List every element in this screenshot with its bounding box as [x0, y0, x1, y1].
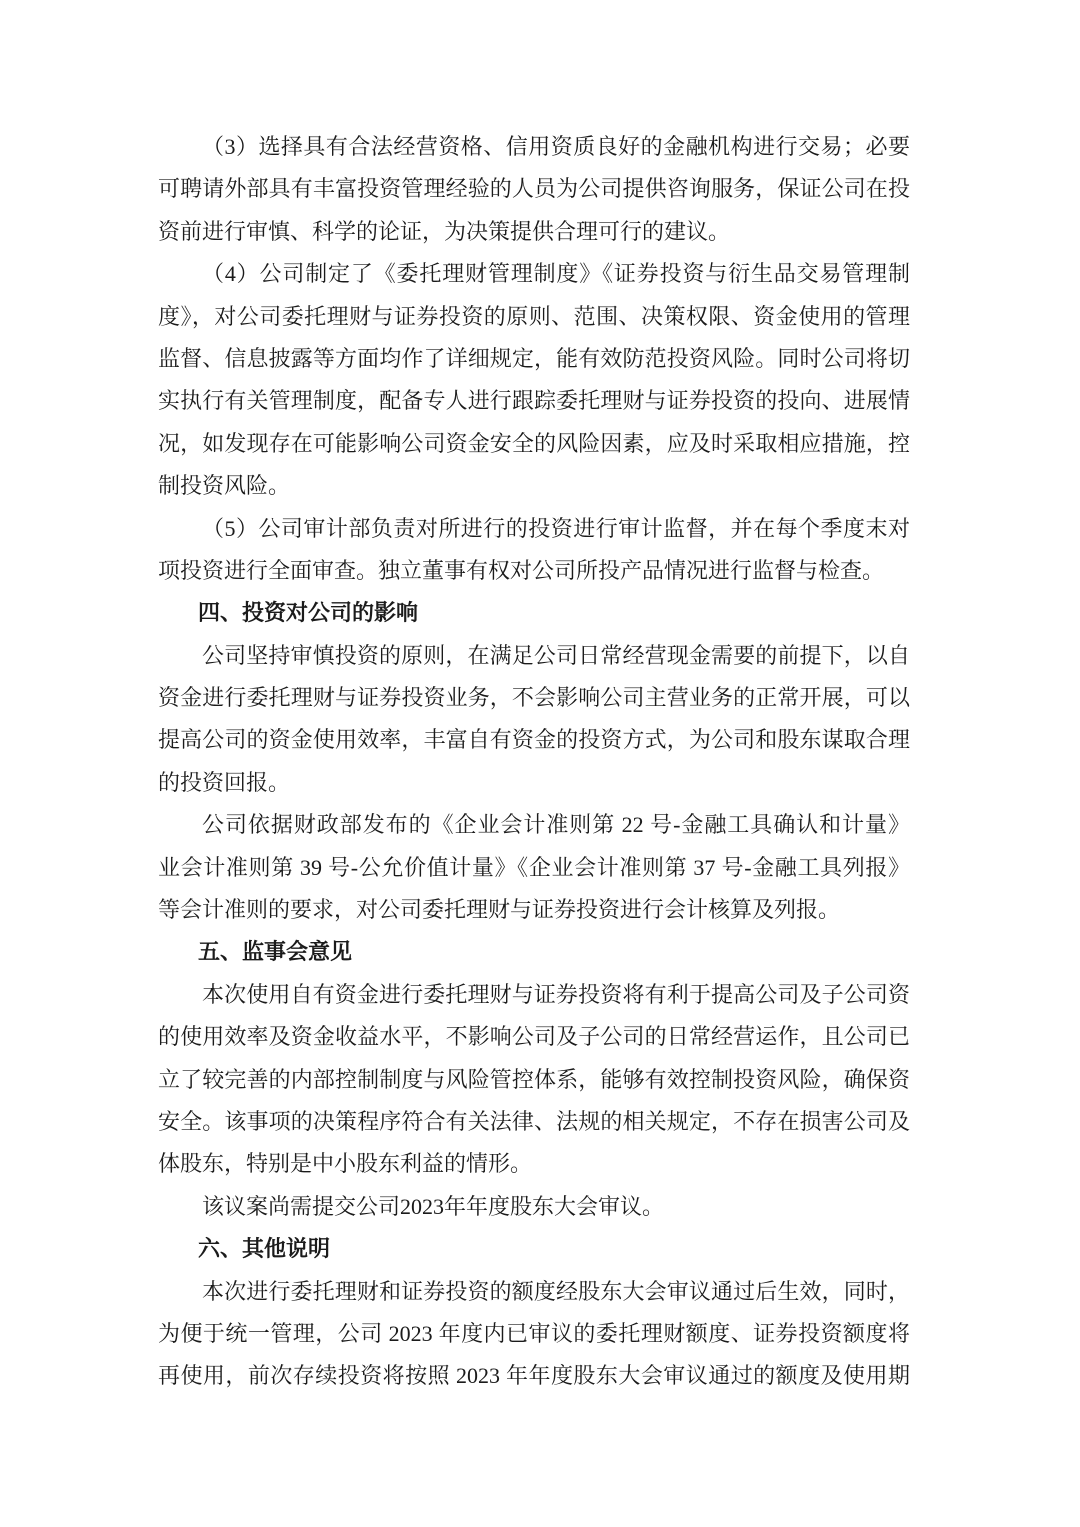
paragraph-line: 的投资回报。	[158, 762, 910, 804]
paragraph-line: 项投资进行全面审查。独立董事有权对公司所投产品情况进行监督与检查。	[158, 550, 910, 592]
paragraph-line: （3）选择具有合法经营资格、信用资质良好的金融机构进行交易；必要时	[158, 126, 910, 168]
paragraph-line: 本次进行委托理财和证券投资的额度经股东大会审议通过后生效，同时，	[158, 1271, 910, 1313]
paragraph-line: 资金进行委托理财与证券投资业务，不会影响公司主营业务的正常开展，可以	[158, 677, 910, 719]
paragraph-line: 业会计准则第 39 号-公允价值计量》《企业会计准则第 37 号-金融工具列报》	[158, 847, 910, 889]
paragraph-line: 况，如发现存在可能影响公司资金安全的风险因素，应及时采取相应措施，控	[158, 423, 910, 465]
paragraph-line: 本次使用自有资金进行委托理财与证券投资将有利于提高公司及子公司资金	[158, 974, 910, 1016]
paragraph-line: 制投资风险。	[158, 465, 910, 507]
paragraph-line: 公司坚持审慎投资的原则，在满足公司日常经营现金需要的前提下，以自有	[158, 635, 910, 677]
section-heading: 四、投资对公司的影响	[158, 592, 910, 634]
paragraph-line: （4）公司制定了《委托理财管理制度》《证券投资与衍生品交易管理制	[158, 253, 910, 295]
paragraph-line: 为便于统一管理，公司 2023 年度内已审议的委托理财额度、证券投资额度将不	[158, 1313, 910, 1355]
paragraph-line: 该议案尚需提交公司2023年年度股东大会审议。	[158, 1186, 910, 1228]
paragraph-line: 公司依据财政部发布的《企业会计准则第 22 号-金融工具确认和计量》《企	[158, 804, 910, 846]
document-text-block: （3）选择具有合法经营资格、信用资质良好的金融机构进行交易；必要时可聘请外部具有…	[158, 126, 910, 1398]
paragraph-line: 的使用效率及资金收益水平，不影响公司及子公司的日常经营运作，且公司已建	[158, 1016, 910, 1058]
paragraph-line: 等会计准则的要求，对公司委托理财与证券投资进行会计核算及列报。	[158, 889, 910, 931]
section-heading: 五、监事会意见	[158, 931, 910, 973]
paragraph-line: 再使用，前次存续投资将按照 2023 年年度股东大会审议通过的额度及使用期限	[158, 1355, 910, 1397]
paragraph-line: 提高公司的资金使用效率，丰富自有资金的投资方式，为公司和股东谋取合理	[158, 719, 910, 761]
paragraph-line: （5）公司审计部负责对所进行的投资进行审计监督，并在每个季度末对各	[158, 508, 910, 550]
paragraph-line: 实执行有关管理制度，配备专人进行跟踪委托理财与证券投资的投向、进展情	[158, 380, 910, 422]
paragraph-line: 度》，对公司委托理财与证券投资的原则、范围、决策权限、资金使用的管理	[158, 296, 910, 338]
paragraph-line: 立了较完善的内部控制制度与风险管控体系，能够有效控制投资风险，确保资金	[158, 1059, 910, 1101]
section-heading: 六、其他说明	[158, 1228, 910, 1270]
paragraph-line: 安全。该事项的决策程序符合有关法律、法规的相关规定，不存在损害公司及全	[158, 1101, 910, 1143]
paragraph-line: 监督、信息披露等方面均作了详细规定，能有效防范投资风险。同时公司将切	[158, 338, 910, 380]
paragraph-line: 资前进行审慎、科学的论证，为决策提供合理可行的建议。	[158, 211, 910, 253]
paragraph-line: 体股东，特别是中小股东利益的情形。	[158, 1143, 910, 1185]
paragraph-line: 可聘请外部具有丰富投资管理经验的人员为公司提供咨询服务，保证公司在投	[158, 168, 910, 210]
document-page: （3）选择具有合法经营资格、信用资质良好的金融机构进行交易；必要时可聘请外部具有…	[0, 0, 1080, 1527]
